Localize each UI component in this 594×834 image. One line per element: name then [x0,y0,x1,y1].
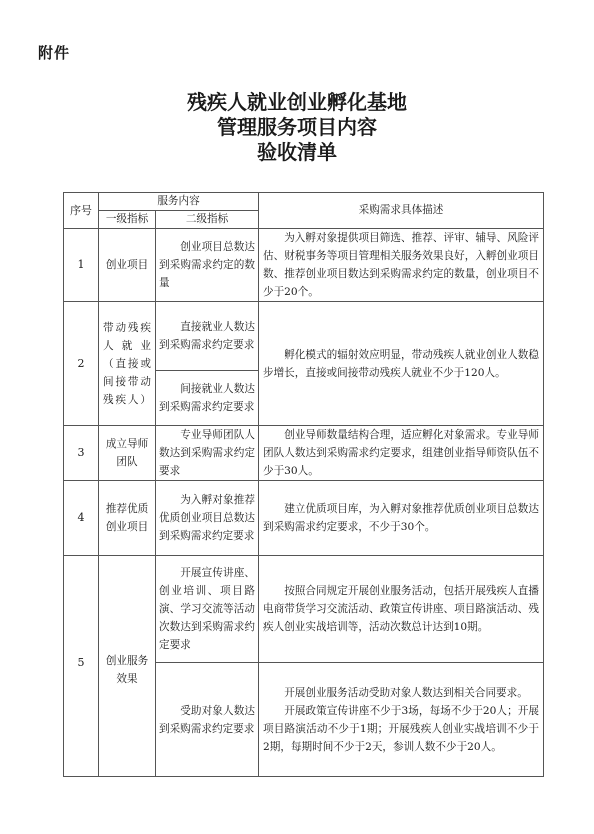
level1-indicator: 推荐优质创业项目 [99,481,156,556]
level2-indicator: 直接就业人数达到采购需求约定要求 [156,302,259,371]
requirement-description: 孵化模式的辐射效应明显，带动残疾人就业创业人数稳步增长，直接或间接带动残疾人就业… [259,302,544,426]
level1-indicator: 创业服务效果 [99,556,156,777]
row-number: 2 [64,302,99,426]
level2-indicator: 专业导师团队人数达到采购需求约定要求 [156,426,259,481]
document-title: 残疾人就业创业孵化基地 管理服务项目内容 验收清单 [0,90,594,165]
header-level2: 二级指标 [156,211,259,229]
header-service-content: 服务内容 [99,193,259,211]
requirement-description: 开展创业服务活动受助对象人数达到相关合同要求。 开展政策宣传讲座不少于3场，每场… [259,663,544,777]
table-header-row: 序号 服务内容 采购需求具体描述 [64,193,544,211]
row-number: 4 [64,481,99,556]
requirement-description: 为入孵对象提供项目筛选、推荐、评审、辅导、风险评估、财税事务等项目管理相关服务效… [259,229,544,302]
attachment-label: 附件 [38,42,70,63]
table-row: 1 创业项目 创业项目总数达到采购需求约定的数量 为入孵对象提供项目筛选、推荐、… [64,229,544,302]
level1-indicator: 带动残疾人就业（直接或间接带动残疾人） [99,302,156,426]
header-no: 序号 [64,193,99,229]
acceptance-checklist-table: 序号 服务内容 采购需求具体描述 一级指标 二级指标 1 创业项目 创业项目总数… [63,192,544,777]
title-line-3: 验收清单 [0,140,594,165]
level2-indicator: 开展宣传讲座、创业培训、项目路演、学习交流等活动次数达到采购需求约定要求 [156,556,259,663]
level2-indicator: 为入孵对象推荐优质创业项目总数达到采购需求约定要求 [156,481,259,556]
table-row: 3 成立导师团队 专业导师团队人数达到采购需求约定要求 创业导师数量结构合理，适… [64,426,544,481]
header-level1: 一级指标 [99,211,156,229]
header-description: 采购需求具体描述 [259,193,544,229]
description-paragraph: 开展创业服务活动受助对象人数达到相关合同要求。 [263,684,539,702]
level1-indicator: 成立导师团队 [99,426,156,481]
level2-indicator: 间接就业人数达到采购需求约定要求 [156,371,259,426]
row-number: 3 [64,426,99,481]
row-number: 1 [64,229,99,302]
description-paragraph: 开展政策宣传讲座不少于3场，每场不少于20人；开展项目路演活动不少于1期；开展残… [263,702,539,756]
requirement-description: 按照合同规定开展创业服务活动，包括开展残疾人直播电商带货学习交流活动、政策宣传讲… [259,556,544,663]
level2-indicator: 受助对象人数达到采购需求约定要求 [156,663,259,777]
level1-indicator: 创业项目 [99,229,156,302]
title-line-1: 残疾人就业创业孵化基地 [0,90,594,115]
requirement-description: 建立优质项目库，为入孵对象推荐优质创业项目总数达到采购需求约定要求，不少于30个… [259,481,544,556]
table-row: 2 带动残疾人就业（直接或间接带动残疾人） 直接就业人数达到采购需求约定要求 孵… [64,302,544,371]
table-row: 4 推荐优质创业项目 为入孵对象推荐优质创业项目总数达到采购需求约定要求 建立优… [64,481,544,556]
row-number: 5 [64,556,99,777]
table-row: 5 创业服务效果 开展宣传讲座、创业培训、项目路演、学习交流等活动次数达到采购需… [64,556,544,663]
title-line-2: 管理服务项目内容 [0,115,594,140]
requirement-description: 创业导师数量结构合理，适应孵化对象需求。专业导师团队人数达到采购需求约定要求，组… [259,426,544,481]
level2-indicator: 创业项目总数达到采购需求约定的数量 [156,229,259,302]
